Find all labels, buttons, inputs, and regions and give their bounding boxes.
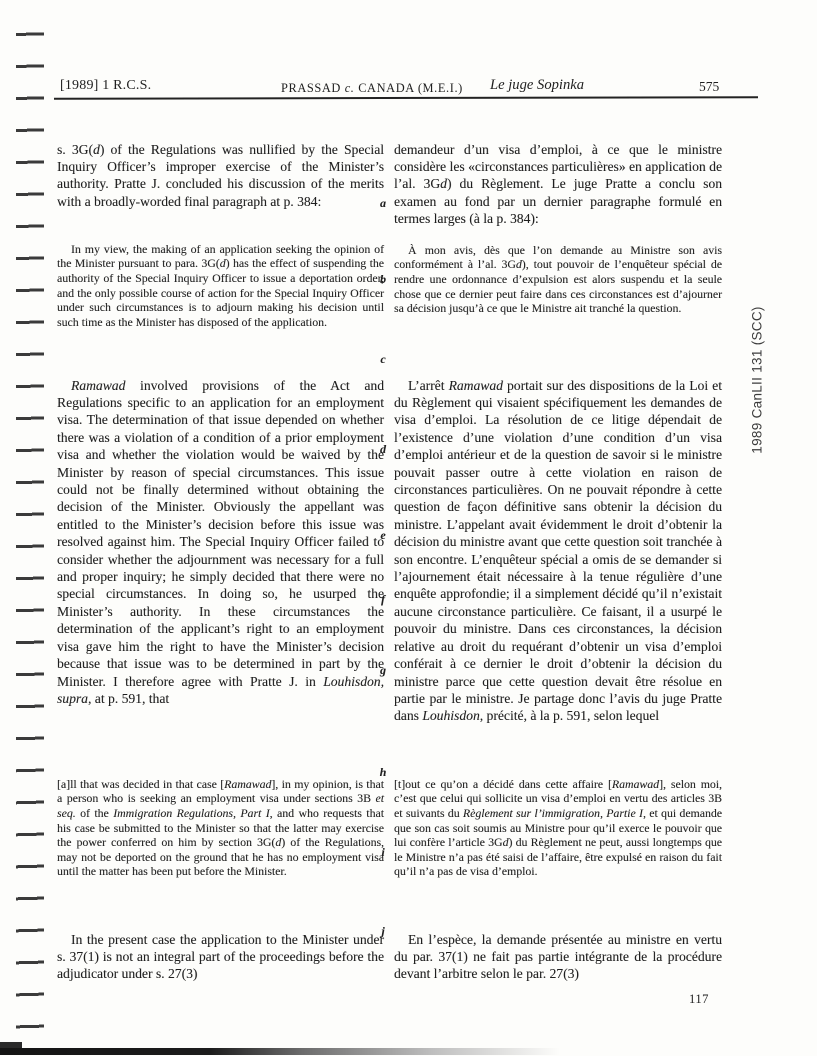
margin-letter-c: c [376,352,390,367]
binding-marks [16,4,44,1054]
case-title: PRASSAD c. CANADA (M.E.I.) [281,81,463,96]
english-paragraph-continuation: s. 3G(d) of the Regulations was nullifie… [57,141,384,211]
margin-letter-i: i [376,845,390,860]
folio-number: 117 [689,992,709,1007]
margin-letter-g: g [376,663,390,678]
margin-letter-h: h [376,765,390,780]
french-paragraph: En l’espèce, la demande présentée au min… [394,931,722,983]
english-block-quote: [a]ll that was decided in that case [Ram… [57,777,384,879]
law-report-page: [1989] 1 R.C.S. PRASSAD c. CANADA (M.E.I… [0,0,817,1056]
canlii-citation-watermark: 1989 CanLII 131 (SCC) [750,306,765,453]
french-paragraph-continuation: demandeur d’un visa d’emploi, à ce que l… [394,141,722,228]
margin-letter-j: j [376,924,390,939]
margin-letter-a: a [376,196,390,211]
report-citation: [1989] 1 R.C.S. [60,78,151,94]
judge-name: Le juge Sopinka [490,77,584,94]
french-block-quote: [t]out ce qu’on a décidé dans cette affa… [394,777,722,879]
margin-letter-b: b [376,272,390,287]
page-number: 575 [699,79,719,95]
english-block-quote: In my view, the making of an application… [57,242,384,330]
french-block-quote: À mon avis, dès que l’on demande au Mini… [394,243,722,316]
header-rule [54,96,758,100]
margin-letter-d: d [376,442,390,457]
english-paragraph: Ramawad involved provisions of the Act a… [57,377,384,708]
english-paragraph: In the present case the application to t… [57,931,384,983]
margin-letter-e: e [376,528,390,543]
french-paragraph: L’arrêt Ramawad portait sur des disposit… [394,377,722,725]
scan-edge-bar [0,1048,560,1055]
margin-letter-f: f [376,592,390,607]
